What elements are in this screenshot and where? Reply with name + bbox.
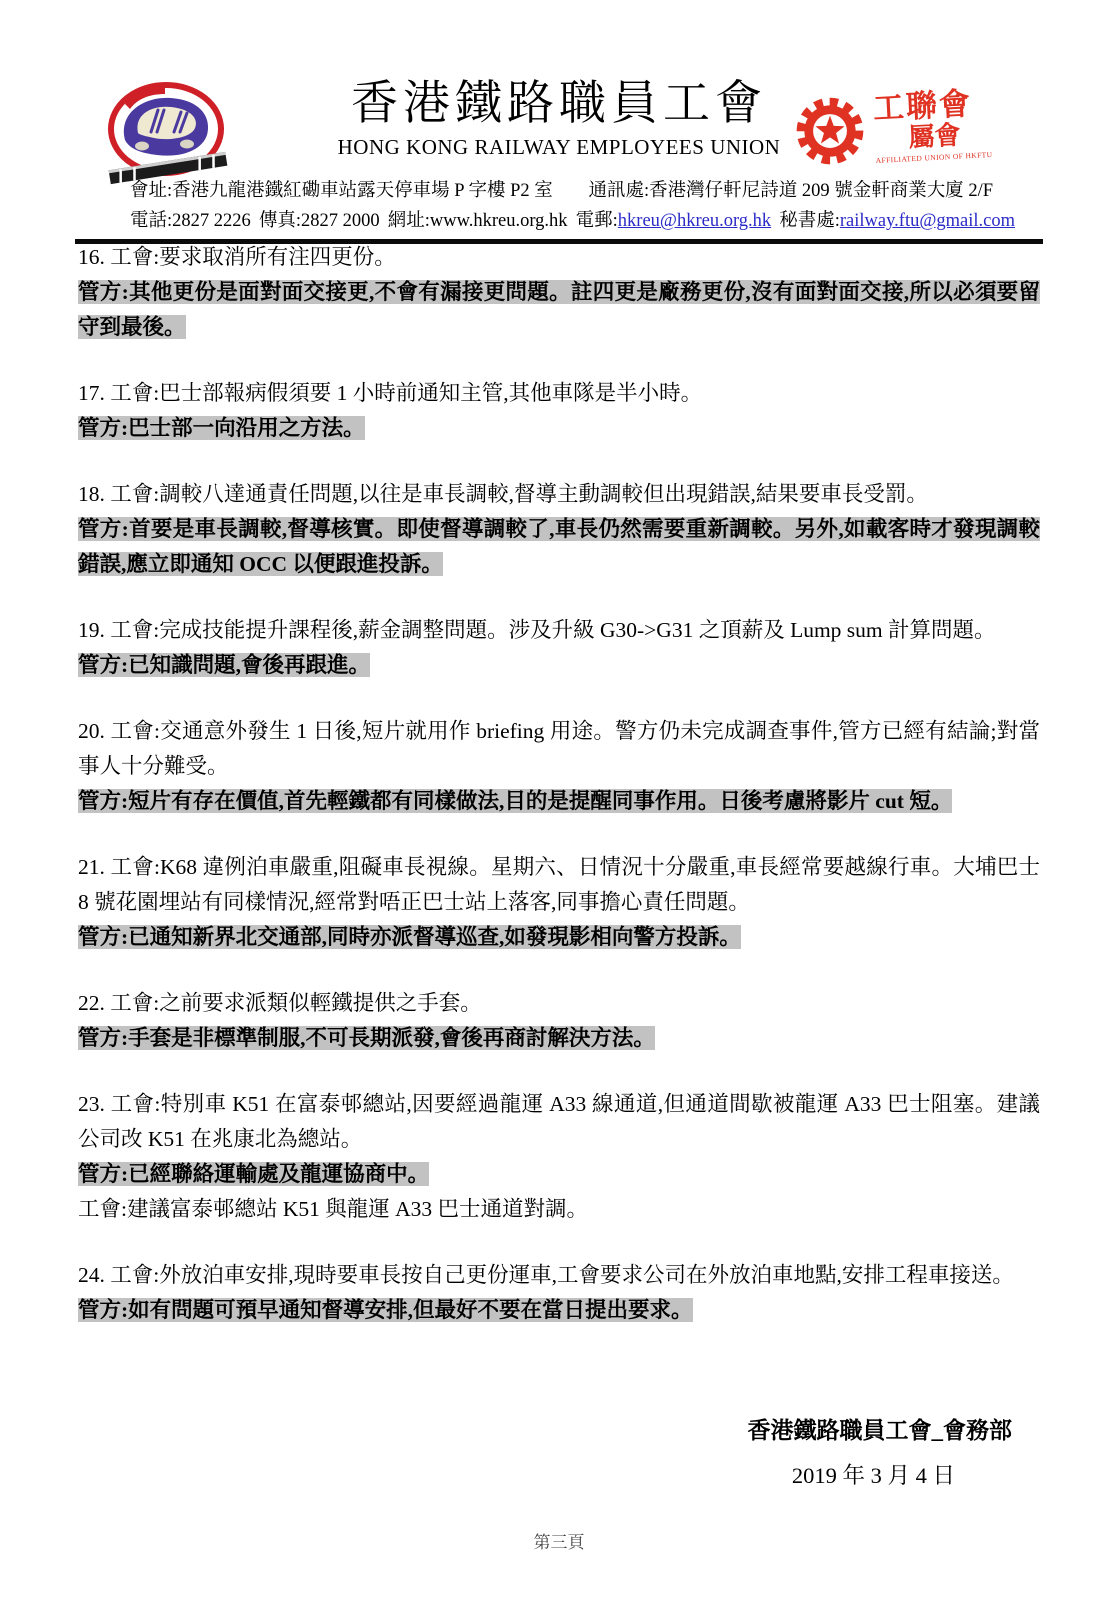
ftu-logo: 工聯會 屬會 AFFILIATED UNION OF HKFTU — [790, 90, 991, 175]
item-20-union-statement: 20. 工會:交通意外發生 1 日後,短片就用作 briefing 用途。警方仍… — [78, 714, 1040, 784]
signature-line: 香港鐵路職員工會_會務部 — [748, 1412, 1013, 1445]
ftu-logo-caption: AFFILIATED UNION OF HKFTU — [876, 151, 993, 165]
item-17-management-reply: 管方:巴士部一向沿用之方法。 — [78, 411, 1040, 446]
minutes-item-24: 24. 工會:外放泊車安排,現時要車長按自己更份運車,工會要求公司在外放泊車地點… — [78, 1258, 1040, 1328]
minutes-item-19: 19. 工會:完成技能提升課程後,薪金調整問題。涉及升級 G30->G31 之頂… — [78, 613, 1040, 683]
item-23-union-followup: 工會:建議富泰邨總站 K51 與龍運 A33 巴士通道對調。 — [78, 1192, 1040, 1227]
email-link[interactable]: hkreu@hkreu.org.hk — [618, 211, 771, 231]
secretariat-email-link[interactable]: railway.ftu@gmail.com — [840, 211, 1015, 231]
website-label: 網址: — [388, 211, 430, 231]
item-18-union-statement: 18. 工會:調較八達通責任問題,以往是車長調較,督導主動調較但出現錯誤,結果要… — [78, 477, 1040, 512]
item-16-union-statement: 16. 工會:要求取消所有注四更份。 — [78, 240, 1040, 275]
ftu-logo-line2: 屬會 — [908, 121, 992, 151]
minutes-item-23: 23. 工會:特別車 K51 在富泰邨總站,因要經過龍運 A33 線通道,但通道… — [78, 1087, 1040, 1227]
item-22-management-reply: 管方:手套是非標準制服,不可長期派發,會後再商討解決方法。 — [78, 1021, 1040, 1056]
document-page: 香港鐵路職員工會 HONG KONG RAILWAY EMPLOYEES UNI… — [0, 0, 1118, 1600]
item-18-management-reply: 管方:首要是車長調較,督導核實。即使督導調較了,車長仍然需要重新調較。另外,如載… — [78, 512, 1040, 582]
contact-line-1: 會址:香港九龍港鐵紅磡車站露天停車場 P 字樓 P2 室 通訊處:香港灣仔軒尼詩… — [130, 176, 993, 202]
org-title-zh: 香港鐵路職員工會 — [245, 76, 873, 132]
letterhead: 香港鐵路職員工會 HONG KONG RAILWAY EMPLOYEES UNI… — [75, 76, 1043, 244]
item-24-management-reply: 管方:如有問題可預早通知督導安排,但最好不要在當日提出要求。 — [78, 1293, 1040, 1328]
phone-number: 電話:2827 2226 — [130, 206, 251, 232]
item-22-union-statement: 22. 工會:之前要求派類似輕鐵提供之手套。 — [78, 986, 1040, 1021]
union-train-logo-icon — [105, 82, 231, 188]
item-19-management-reply: 管方:已知識問題,會後再跟進。 — [78, 648, 1040, 683]
minutes-item-16: 16. 工會:要求取消所有注四更份。 管方:其他更份是面對面交接更,不會有漏接更… — [78, 240, 1040, 345]
item-21-management-reply: 管方:已通知新界北交通部,同時亦派督導巡查,如發現影相向警方投訴。 — [78, 920, 1040, 955]
contact-line-2: 電話:2827 2226 傳真:2827 2000 網址:www.hkreu.o… — [130, 206, 1015, 232]
minutes-item-20: 20. 工會:交通意外發生 1 日後,短片就用作 briefing 用途。警方仍… — [78, 714, 1040, 819]
minutes-item-21: 21. 工會:K68 違例泊車嚴重,阻礙車長視線。星期六、日情況十分嚴重,車長經… — [78, 850, 1040, 955]
secretariat-entry: 秘書處:railway.ftu@gmail.com — [779, 206, 1015, 232]
ftu-logo-text: 工聯會 屬會 AFFILIATED UNION OF HKFTU — [872, 87, 992, 165]
website-entry: 網址:www.hkreu.org.hk — [388, 206, 568, 232]
email-label: 電郵: — [576, 211, 618, 231]
website-value: www.hkreu.org.hk — [430, 211, 568, 231]
email-entry: 電郵:hkreu@hkreu.org.hk — [576, 206, 772, 232]
gear-star-icon — [790, 90, 870, 175]
mailing-address: 通訊處:香港灣仔軒尼詩道 209 號金軒商業大廈 2/F — [589, 176, 993, 202]
item-21-union-statement: 21. 工會:K68 違例泊車嚴重,阻礙車長視線。星期六、日情況十分嚴重,車長經… — [78, 850, 1040, 920]
minutes-item-22: 22. 工會:之前要求派類似輕鐵提供之手套。 管方:手套是非標準制服,不可長期派… — [78, 986, 1040, 1056]
minutes-item-17: 17. 工會:巴士部報病假須要 1 小時前通知主管,其他車隊是半小時。 管方:巴… — [78, 376, 1040, 446]
ftu-logo-line1: 工聯會 — [872, 87, 990, 124]
document-date: 2019 年 3 月 4 日 — [792, 1458, 955, 1490]
fax-number: 傳真:2827 2000 — [259, 206, 380, 232]
item-20-management-reply: 管方:短片有存在價值,首先輕鐵都有同樣做法,目的是提醒同事作用。日後考慮將影片 … — [78, 784, 1040, 819]
org-title-block: 香港鐵路職員工會 HONG KONG RAILWAY EMPLOYEES UNI… — [245, 76, 873, 160]
item-24-union-statement: 24. 工會:外放泊車安排,現時要車長按自己更份運車,工會要求公司在外放泊車地點… — [78, 1258, 1040, 1293]
secretariat-label: 秘書處: — [779, 211, 840, 231]
item-19-union-statement: 19. 工會:完成技能提升課程後,薪金調整問題。涉及升級 G30->G31 之頂… — [78, 613, 1040, 648]
item-23-management-reply: 管方:已經聯絡運輸處及龍運協商中。 — [78, 1157, 1040, 1192]
item-17-union-statement: 17. 工會:巴士部報病假須要 1 小時前通知主管,其他車隊是半小時。 — [78, 376, 1040, 411]
item-16-management-reply: 管方:其他更份是面對面交接更,不會有漏接更問題。註四更是廠務更份,沒有面對面交接… — [78, 275, 1040, 345]
page-number: 第三頁 — [0, 1528, 1118, 1553]
minutes-item-18: 18. 工會:調較八達通責任問題,以往是車長調較,督導主動調較但出現錯誤,結果要… — [78, 477, 1040, 582]
org-title-en: HONG KONG RAILWAY EMPLOYEES UNION — [245, 135, 873, 160]
item-23-union-statement: 23. 工會:特別車 K51 在富泰邨總站,因要經過龍運 A33 線通道,但通道… — [78, 1087, 1040, 1157]
minutes-body: 16. 工會:要求取消所有注四更份。 管方:其他更份是面對面交接更,不會有漏接更… — [78, 240, 1040, 1359]
